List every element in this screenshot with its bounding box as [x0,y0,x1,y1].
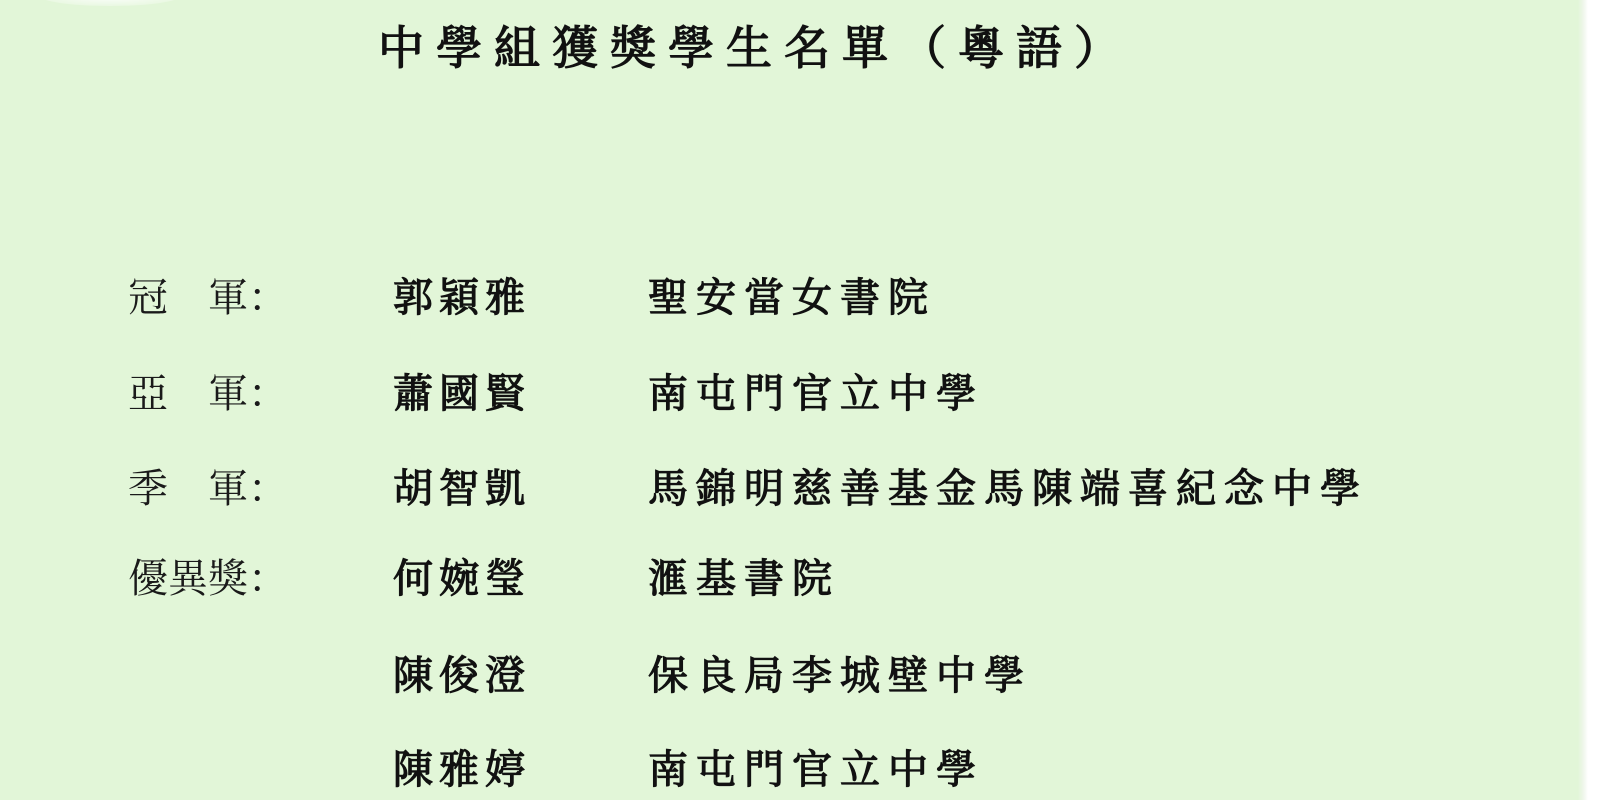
award-label: 優異獎： [128,551,368,607]
award-label: 冠 軍： [128,270,368,326]
student-name: 蕭國賢 [393,366,531,422]
student-name: 何婉瑩 [393,551,531,607]
school-name: 南屯門官立中學 [648,366,984,422]
award-label: 季 軍： [128,461,368,517]
school-name: 保良局李城壁中學 [648,648,1032,704]
document-page: 中學組獲獎學生名單（粵語） 冠 軍： 郭穎雅 聖安當女書院 亞 軍： 蕭國賢 南… [0,0,1584,800]
page-edge-shadow [1578,0,1588,800]
school-name: 滙基書院 [648,551,840,607]
student-name: 陳俊澄 [393,648,531,704]
school-name: 南屯門官立中學 [648,742,984,798]
scan-glare [40,0,180,6]
school-name: 馬錦明慈善基金馬陳端喜紀念中學 [648,461,1368,517]
student-name: 陳雅婷 [393,742,531,798]
page-title: 中學組獲獎學生名單（粵語） [378,18,1132,78]
student-name: 郭穎雅 [393,270,531,326]
award-label: 亞 軍： [128,366,368,422]
student-name: 胡智凱 [393,461,531,517]
school-name: 聖安當女書院 [648,270,936,326]
